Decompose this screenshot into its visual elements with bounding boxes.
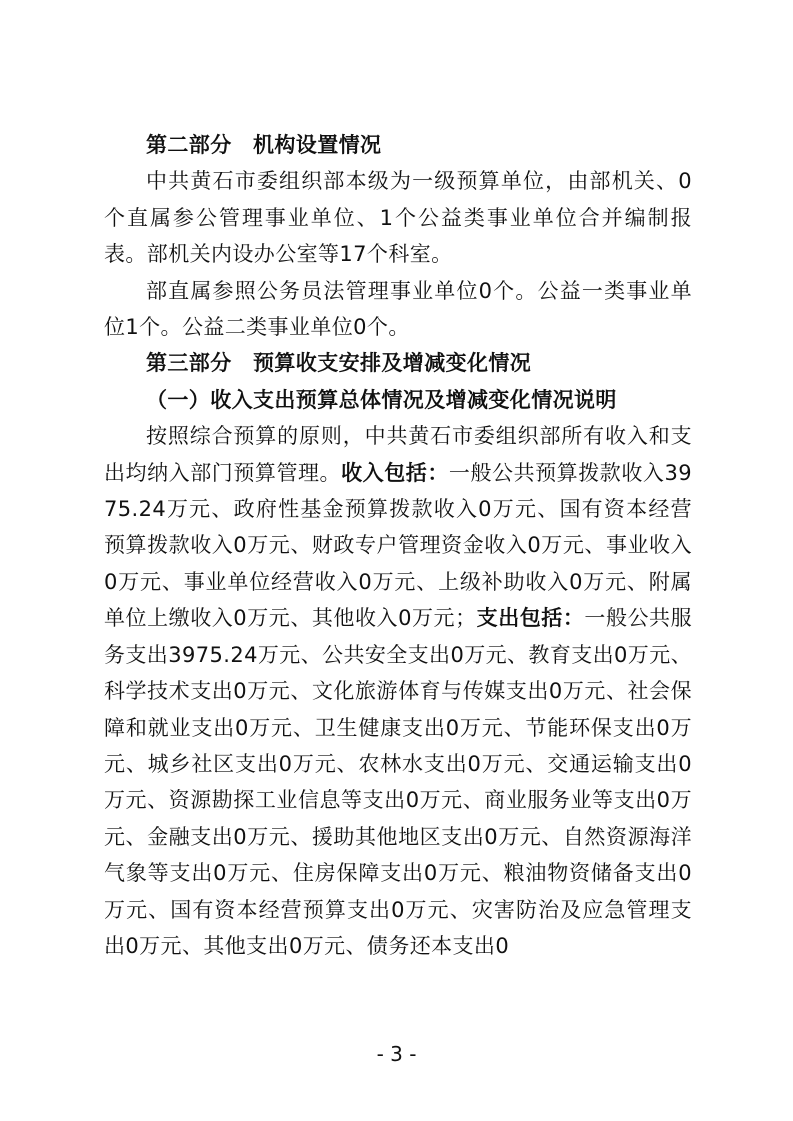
paragraph-institution-overview: 中共黄石市委组织部本级为一级预算单位，由部机关、0个直属参公管理事业单位、1个公… [104, 163, 692, 272]
income-text: 一般公共预算拨款收入3975.24万元、政府性基金预算拨款收入0万元、国有资本经… [104, 461, 692, 631]
income-label: 收入包括： [341, 461, 449, 485]
section-heading-institution: 第二部分 机构设置情况 [104, 127, 692, 163]
section-heading-budget: 第三部分 预算收支安排及增减变化情况 [104, 345, 692, 381]
paragraph-unit-counts: 部直属参照公务员法管理事业单位0个。公益一类事业单位1个。公益二类事业单位0个。 [104, 273, 692, 346]
document-page: 第二部分 机构设置情况 中共黄石市委组织部本级为一级预算单位，由部机关、0个直属… [104, 127, 692, 964]
expense-text: 一般公共服务支出3975.24万元、公共安全支出0万元、教育支出0万元、科学技术… [104, 606, 692, 958]
paragraph-income-expense: 按照综合预算的原则，中共黄石市委组织部所有收入和支出均纳入部门预算管理。收入包括… [104, 418, 692, 964]
expense-label: 支出包括： [477, 606, 585, 630]
subsection-heading-overall: （一）收入支出预算总体情况及增减变化情况说明 [104, 382, 692, 418]
page-number: - 3 - [0, 1042, 793, 1066]
